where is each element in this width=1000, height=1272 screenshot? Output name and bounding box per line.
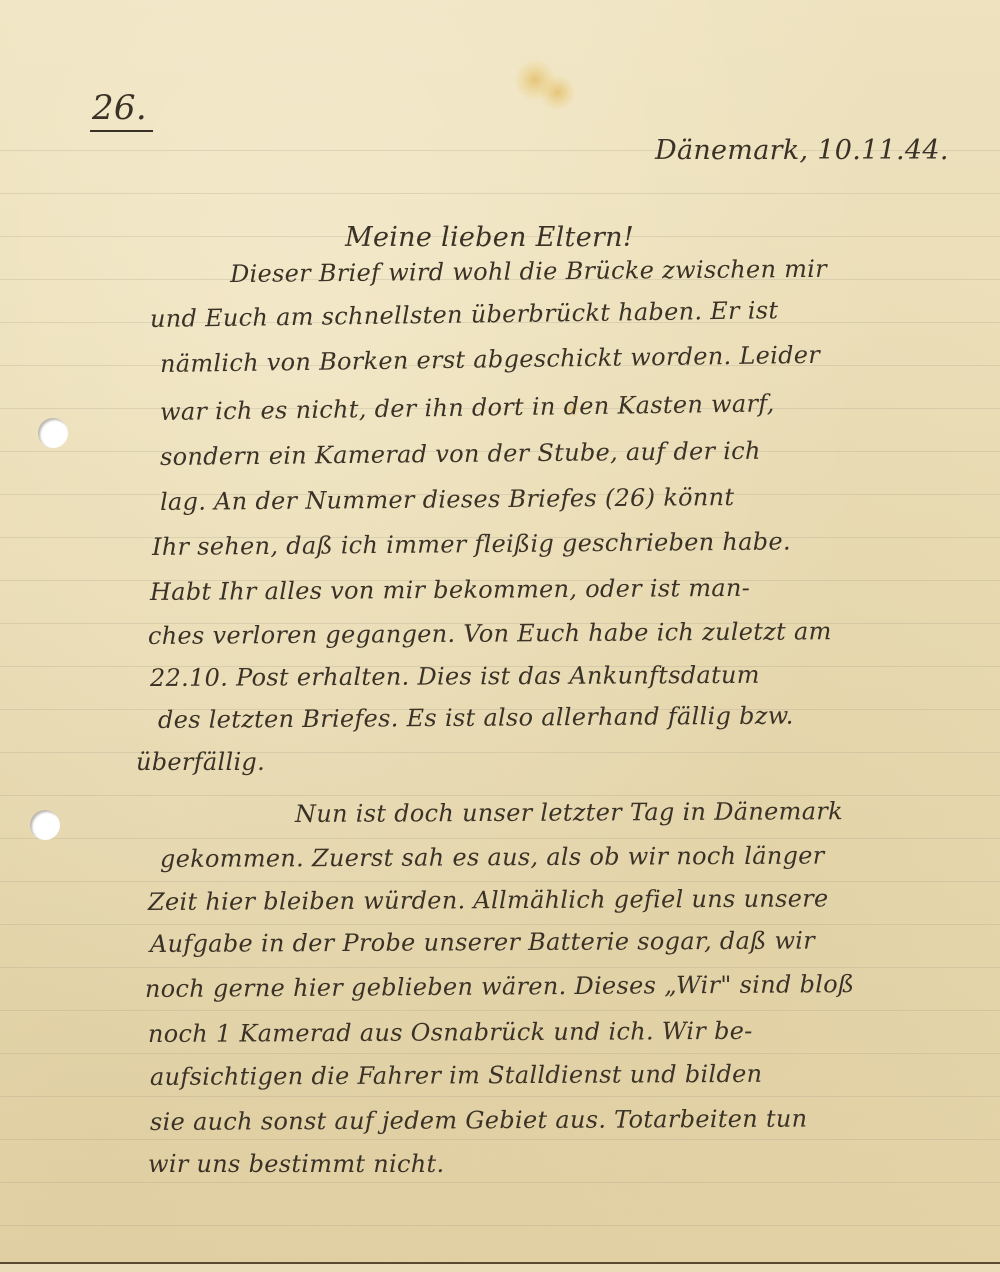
stain-mark <box>540 75 575 110</box>
ruled-line <box>0 1225 1000 1226</box>
place-date: Dänemark, 10.11.44. <box>655 135 949 166</box>
letter-line: Dieser Brief wird wohl die Brücke zwisch… <box>230 255 827 288</box>
page-number: 26. <box>90 88 153 132</box>
ruled-line <box>0 967 1000 968</box>
ruled-line <box>0 838 1000 839</box>
letter-line: noch gerne hier geblieben wären. Dieses … <box>145 970 854 1003</box>
letter-line: Nun ist doch unser letzter Tag in Dänema… <box>295 797 843 828</box>
ruled-line <box>0 1139 1000 1140</box>
salutation: Meine lieben Eltern! <box>345 222 634 253</box>
letter-line: wir uns bestimmt nicht. <box>148 1150 444 1178</box>
letter-line: und Euch am schnellsten überbrückt haben… <box>150 296 779 333</box>
ruled-line <box>0 881 1000 882</box>
letter-line: aufsichtigen die Fahrer im Stalldienst u… <box>150 1060 763 1091</box>
letter-line: noch 1 Kamerad aus Osnabrück und ich. Wi… <box>148 1017 753 1048</box>
letter-line: sie auch sonst auf jedem Gebiet aus. Tot… <box>150 1105 808 1136</box>
letter-line: nämlich von Borken erst abgeschickt word… <box>160 341 820 378</box>
ruled-line <box>0 1010 1000 1011</box>
ruled-line <box>0 1096 1000 1097</box>
letter-line: Habt Ihr alles von mir bekommen, oder is… <box>150 574 750 606</box>
ruled-line <box>0 1053 1000 1054</box>
letter-line: Ihr sehen, daß ich immer fleißig geschri… <box>152 527 791 561</box>
letter-line: Aufgabe in der Probe unserer Batterie so… <box>150 927 815 958</box>
letter-line: überfällig. <box>136 748 265 776</box>
letter-line: gekommen. Zuerst sah es aus, als ob wir … <box>160 842 825 873</box>
ruled-line <box>0 795 1000 796</box>
letter-line: 22.10. Post erhalten. Dies ist das Ankun… <box>150 661 760 692</box>
letter-line: war ich es nicht, der ihn dort in den Ka… <box>160 389 775 426</box>
punch-hole <box>30 810 60 840</box>
letter-sheet: 26. Dänemark, 10.11.44. Meine lieben Elt… <box>0 0 1000 1264</box>
ruled-line <box>0 193 1000 194</box>
letter-line: des letzten Briefes. Es ist also allerha… <box>158 702 794 734</box>
letter-line: ches verloren gegangen. Von Euch habe ic… <box>148 617 832 650</box>
punch-hole <box>38 418 68 448</box>
letter-line: lag. An der Nummer dieses Briefes (26) k… <box>160 483 735 516</box>
ruled-line <box>0 924 1000 925</box>
letter-line: Zeit hier bleiben würden. Allmählich gef… <box>148 884 829 916</box>
letter-line: sondern ein Kamerad von der Stube, auf d… <box>160 437 761 471</box>
ruled-line <box>0 1182 1000 1183</box>
